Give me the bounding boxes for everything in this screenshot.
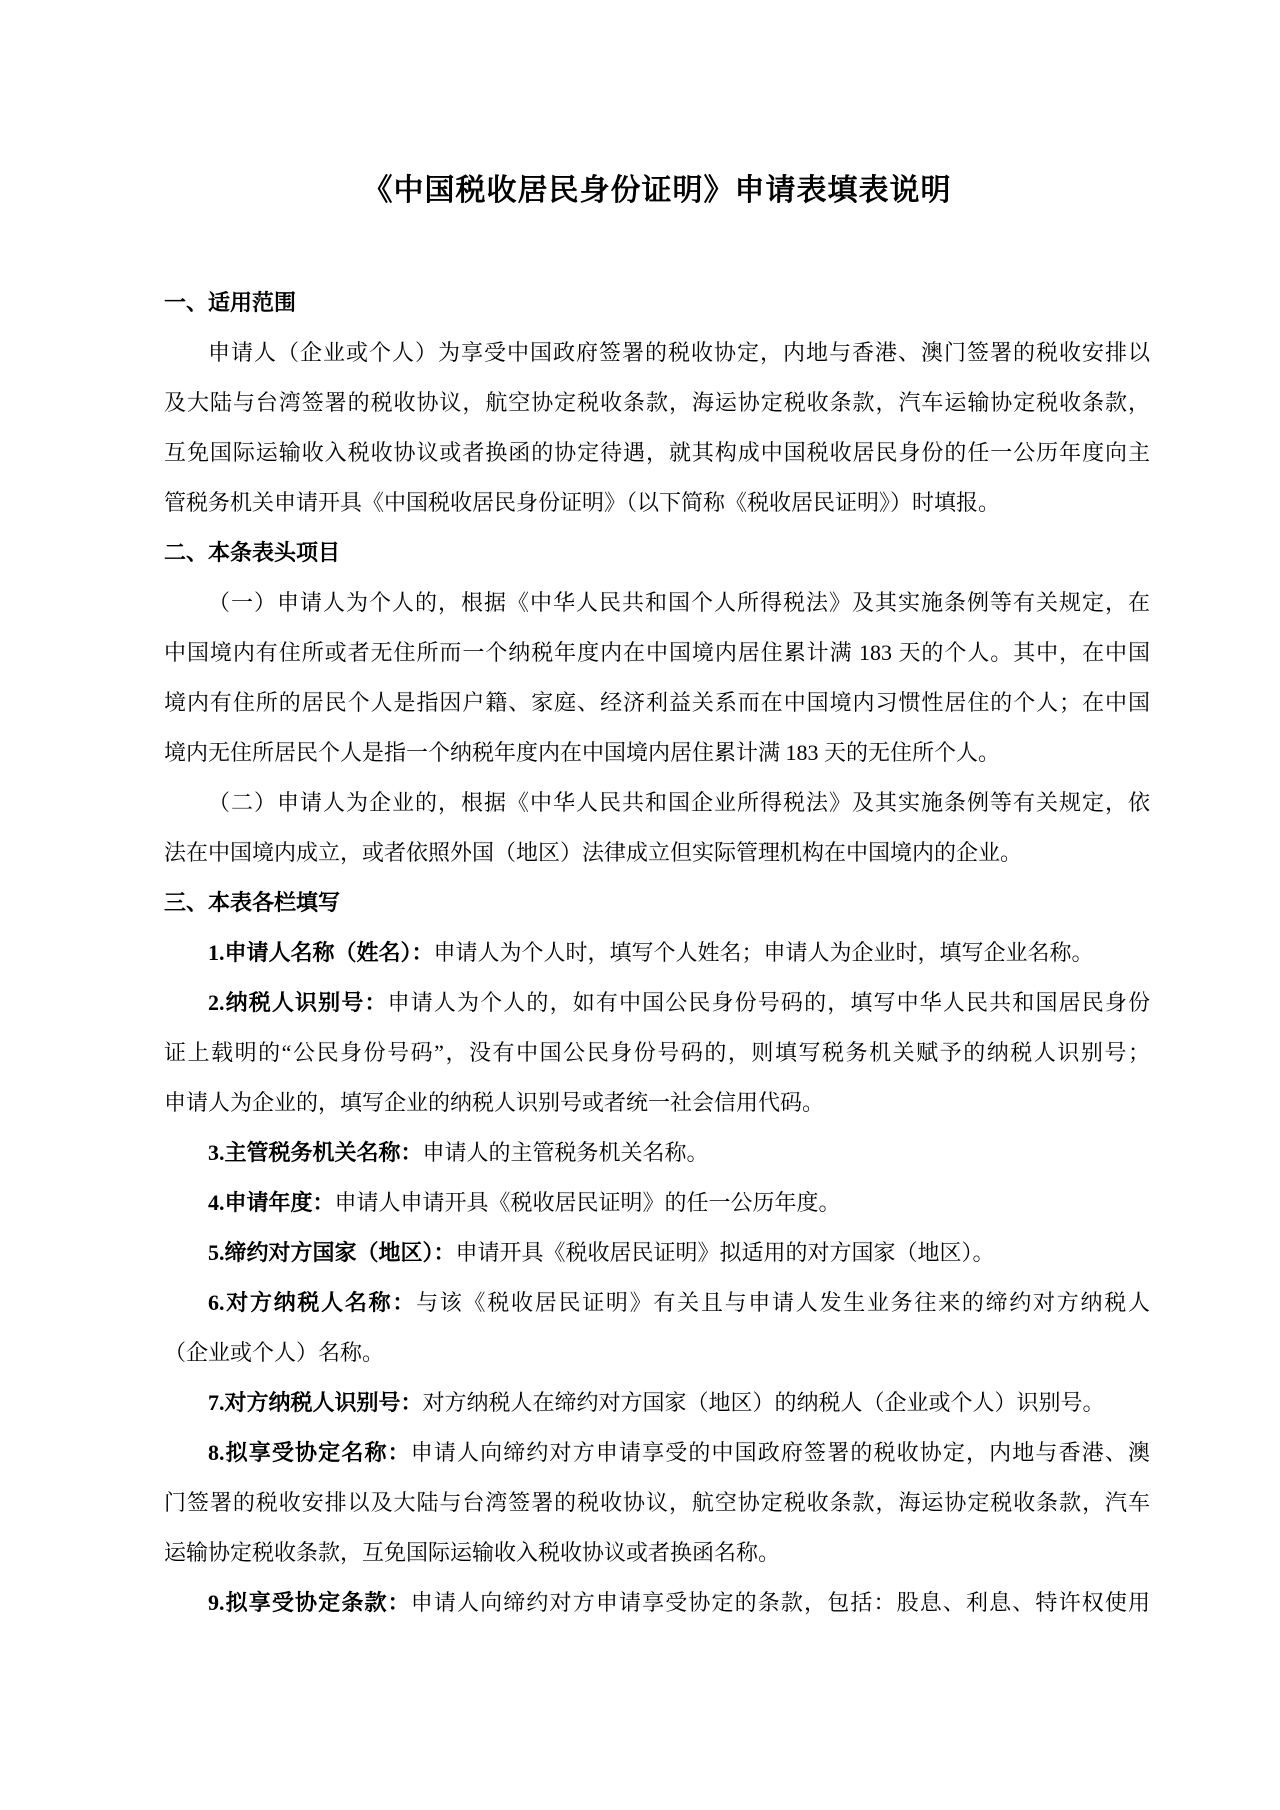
text-segment: 5.缔约对方国家（地区）： — [208, 1240, 456, 1265]
text-segment: 运输协定税收条款，互免国际运输收入税收协议或者换函名称。 — [164, 1540, 780, 1565]
text-segment: 1.申请人名称（姓名）： — [208, 940, 434, 965]
paragraph: 4.申请年度：申请人申请开具《税收居民证明》的任一公历年度。 — [164, 1178, 1150, 1228]
paragraph: 8.拟享受协定名称：申请人向缔约对方申请享受的中国政府签署的税收协定，内地与香港… — [164, 1428, 1150, 1578]
paragraph: 6.对方纳税人名称：与该《税收居民证明》有关且与申请人发生业务往来的缔约对方纳税… — [164, 1278, 1150, 1378]
text-segment: 7.对方纳税人识别号： — [208, 1390, 423, 1415]
text-segment: 9.拟享受协定条款： — [208, 1590, 411, 1615]
text-segment: 申请人向缔约对方申请享受的中国政府签署的税收协定，内地与香港、澳 — [411, 1440, 1150, 1465]
paragraph: 7.对方纳税人识别号：对方纳税人在缔约对方国家（地区）的纳税人（企业或个人）识别… — [164, 1378, 1150, 1428]
text-segment: 对方纳税人在缔约对方国家（地区）的纳税人（企业或个人）识别号。 — [423, 1390, 1105, 1415]
text-segment: 门签署的税收安排以及大陆与台湾签署的税收协议，航空协定税收条款，海运协定税收条款… — [164, 1490, 1150, 1515]
paragraph: 2.纳税人识别号：申请人为个人的，如有中国公民身份号码的，填写中华人民共和国居民… — [164, 978, 1150, 1128]
text-line: 9.拟享受协定条款：申请人向缔约对方申请享受协定的条款，包括：股息、利息、特许权… — [164, 1578, 1150, 1628]
text-segment: （企业或个人）名称。 — [164, 1340, 384, 1365]
text-segment: 6.对方纳税人名称： — [208, 1290, 416, 1315]
text-segment: 3.主管税务机关名称： — [208, 1140, 423, 1165]
paragraph: 9.拟享受协定条款：申请人向缔约对方申请享受协定的条款，包括：股息、利息、特许权… — [164, 1578, 1150, 1628]
text-segment: 申请人为个人的，如有中国公民身份号码的，填写中华人民共和国居民身份 — [388, 990, 1150, 1015]
text-segment: 申请人（企业或个人）为享受中国政府签署的税收协定，内地与香港、澳门签署的税收安排… — [208, 340, 1150, 365]
text-line: （二）申请人为企业的，根据《中华人民共和国企业所得税法》及其实施条例等有关规定，… — [164, 778, 1150, 828]
section-heading: 三、本表各栏填写 — [164, 878, 1150, 928]
text-segment: 证上载明的“公民身份号码”，没有中国公民身份号码的，则填写税务机关赋予的纳税人识… — [164, 1040, 1150, 1065]
text-segment: 申请人向缔约对方申请享受协定的条款，包括：股息、利息、特许权使用 — [411, 1590, 1150, 1615]
text-segment: 互免国际运输收入税收协议或者换函的协定待遇，就其构成中国税收居民身份的任一公历年… — [164, 440, 1150, 465]
text-line: 门签署的税收安排以及大陆与台湾签署的税收协议，航空协定税收条款，海运协定税收条款… — [164, 1478, 1150, 1528]
text-line: 境内无住所居民个人是指一个纳税年度内在中国境内居住累计满 183 天的无住所个人… — [164, 728, 1150, 778]
text-line: 运输协定税收条款，互免国际运输收入税收协议或者换函名称。 — [164, 1528, 1150, 1578]
text-line: 证上载明的“公民身份号码”，没有中国公民身份号码的，则填写税务机关赋予的纳税人识… — [164, 1028, 1150, 1078]
text-segment: 2.纳税人识别号： — [208, 990, 388, 1015]
text-segment: 申请人申请开具《税收居民证明》的任一公历年度。 — [335, 1190, 841, 1215]
text-line: 管税务机关申请开具《中国税收居民身份证明》（以下简称《税收居民证明》）时填报。 — [164, 478, 1150, 528]
text-line: 8.拟享受协定名称：申请人向缔约对方申请享受的中国政府签署的税收协定，内地与香港… — [164, 1428, 1150, 1478]
text-segment: 中国境内有住所或者无住所而一个纳税年度内在中国境内居住累计满 183 天的个人。… — [164, 640, 1150, 665]
text-segment: 管税务机关申请开具《中国税收居民身份证明》（以下简称《税收居民证明》）时填报。 — [164, 490, 1000, 515]
document-page: 《中国税收居民身份证明》申请表填表说明 一、适用范围申请人（企业或个人）为享受中… — [0, 0, 1280, 1810]
text-segment: 与该《税收居民证明》有关且与申请人发生业务往来的缔约对方纳税人 — [416, 1290, 1150, 1315]
paragraph: 5.缔约对方国家（地区）：申请开具《税收居民证明》拟适用的对方国家（地区）。 — [164, 1228, 1150, 1278]
text-line: 申请人（企业或个人）为享受中国政府签署的税收协定，内地与香港、澳门签署的税收安排… — [164, 328, 1150, 378]
text-segment: 境内无住所居民个人是指一个纳税年度内在中国境内居住累计满 183 天的无住所个人… — [164, 740, 1000, 765]
text-segment: 申请人为个人时，填写个人姓名；申请人为企业时，填写企业名称。 — [434, 940, 1094, 965]
text-line: 申请人为企业的，填写企业的纳税人识别号或者统一社会信用代码。 — [164, 1078, 1150, 1128]
text-line: 法在中国境内成立，或者依照外国（地区）法律成立但实际管理机构在中国境内的企业。 — [164, 828, 1150, 878]
text-line: 中国境内有住所或者无住所而一个纳税年度内在中国境内居住累计满 183 天的个人。… — [164, 628, 1150, 678]
paragraph: 申请人（企业或个人）为享受中国政府签署的税收协定，内地与香港、澳门签署的税收安排… — [164, 328, 1150, 528]
text-line: （一）申请人为个人的，根据《中华人民共和国个人所得税法》及其实施条例等有关规定，… — [164, 578, 1150, 628]
text-segment: 申请人的主管税务机关名称。 — [423, 1140, 709, 1165]
text-line: 5.缔约对方国家（地区）：申请开具《税收居民证明》拟适用的对方国家（地区）。 — [164, 1228, 1150, 1278]
text-line: 及大陆与台湾签署的税收协议，航空协定税收条款，海运协定税收条款，汽车运输协定税收… — [164, 378, 1150, 428]
text-line: 7.对方纳税人识别号：对方纳税人在缔约对方国家（地区）的纳税人（企业或个人）识别… — [164, 1378, 1150, 1428]
text-segment: 4.申请年度： — [208, 1190, 335, 1215]
text-segment: （二）申请人为企业的，根据《中华人民共和国企业所得税法》及其实施条例等有关规定，… — [208, 790, 1150, 815]
text-segment: （一）申请人为个人的，根据《中华人民共和国个人所得税法》及其实施条例等有关规定，… — [208, 590, 1150, 615]
text-line: （企业或个人）名称。 — [164, 1328, 1150, 1378]
paragraph: （二）申请人为企业的，根据《中华人民共和国企业所得税法》及其实施条例等有关规定，… — [164, 778, 1150, 878]
paragraph: 1.申请人名称（姓名）：申请人为个人时，填写个人姓名；申请人为企业时，填写企业名… — [164, 928, 1150, 978]
doc-title: 《中国税收居民身份证明》申请表填表说明 — [164, 0, 1150, 212]
text-segment: 境内有住所的居民个人是指因户籍、家庭、经济利益关系而在中国境内习惯性居住的个人；… — [164, 690, 1150, 715]
paragraph: 3.主管税务机关名称：申请人的主管税务机关名称。 — [164, 1128, 1150, 1178]
text-line: 6.对方纳税人名称：与该《税收居民证明》有关且与申请人发生业务往来的缔约对方纳税… — [164, 1278, 1150, 1328]
text-line: 互免国际运输收入税收协议或者换函的协定待遇，就其构成中国税收居民身份的任一公历年… — [164, 428, 1150, 478]
text-line: 4.申请年度：申请人申请开具《税收居民证明》的任一公历年度。 — [164, 1178, 1150, 1228]
doc-body: 一、适用范围申请人（企业或个人）为享受中国政府签署的税收协定，内地与香港、澳门签… — [164, 278, 1150, 1628]
text-line: 境内有住所的居民个人是指因户籍、家庭、经济利益关系而在中国境内习惯性居住的个人；… — [164, 678, 1150, 728]
text-line: 3.主管税务机关名称：申请人的主管税务机关名称。 — [164, 1128, 1150, 1178]
text-segment: 8.拟享受协定名称： — [208, 1440, 411, 1465]
text-segment: 法在中国境内成立，或者依照外国（地区）法律成立但实际管理机构在中国境内的企业。 — [164, 840, 1022, 865]
text-line: 1.申请人名称（姓名）：申请人为个人时，填写个人姓名；申请人为企业时，填写企业名… — [164, 928, 1150, 978]
paragraph: （一）申请人为个人的，根据《中华人民共和国个人所得税法》及其实施条例等有关规定，… — [164, 578, 1150, 778]
text-segment: 及大陆与台湾签署的税收协议，航空协定税收条款，海运协定税收条款，汽车运输协定税收… — [164, 390, 1150, 415]
text-segment: 申请人为企业的，填写企业的纳税人识别号或者统一社会信用代码。 — [164, 1090, 824, 1115]
document-content: 《中国税收居民身份证明》申请表填表说明 一、适用范围申请人（企业或个人）为享受中… — [164, 0, 1150, 1628]
section-heading: 一、适用范围 — [164, 278, 1150, 328]
section-heading: 二、本条表头项目 — [164, 528, 1150, 578]
text-segment: 申请开具《税收居民证明》拟适用的对方国家（地区）。 — [456, 1240, 995, 1265]
text-line: 2.纳税人识别号：申请人为个人的，如有中国公民身份号码的，填写中华人民共和国居民… — [164, 978, 1150, 1028]
